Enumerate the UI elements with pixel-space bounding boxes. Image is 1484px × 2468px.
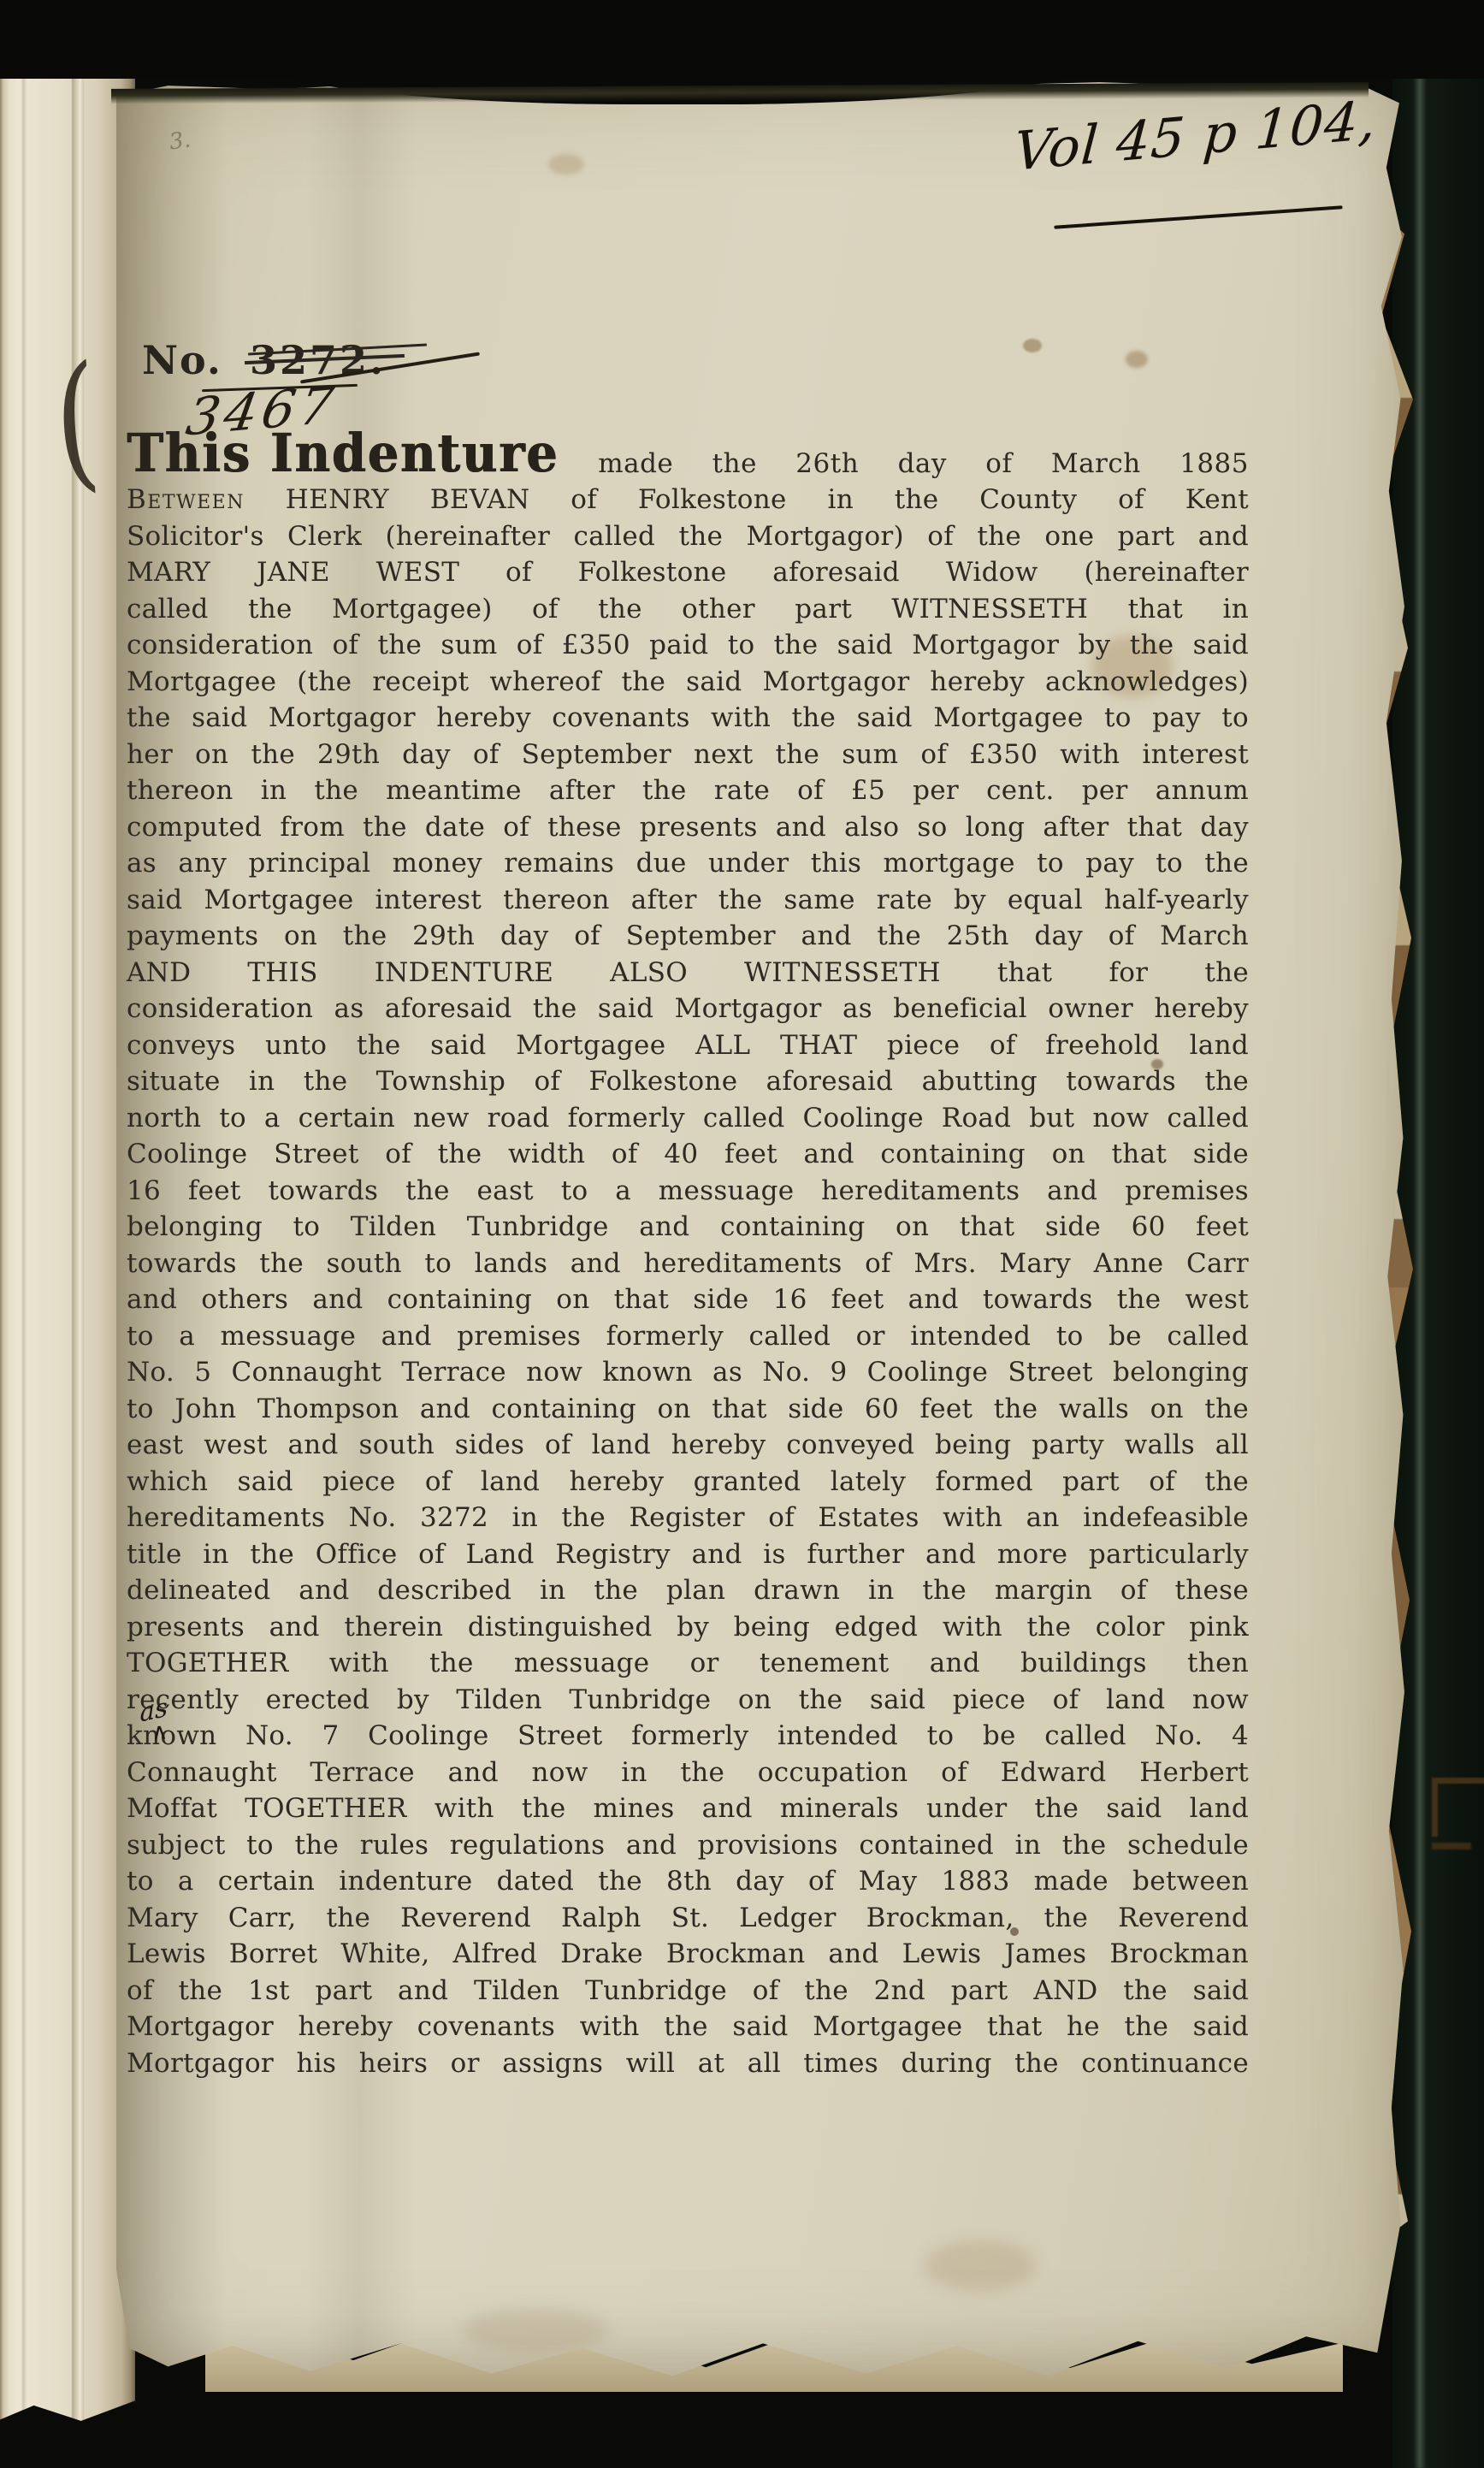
deed-text-line: situate in the Township of Folkestone af… [127, 1063, 1249, 1100]
deed-text-line: presents and therein distinguished by be… [127, 1609, 1249, 1646]
deed-text-line: Solicitor's Clerk (hereinafter called th… [127, 518, 1249, 555]
deed-text-line: consideration of the sum of £350 paid to… [127, 627, 1249, 664]
deed-text-line: towards the south to lands and hereditam… [127, 1246, 1249, 1282]
deed-text-line: computed from the date of these presents… [127, 809, 1249, 846]
deed-text-line: east west and south sides of land hereby… [127, 1427, 1249, 1464]
deed-text-line: Lewis Borret White, Alfred Drake Brockma… [127, 1936, 1249, 1973]
deed-number-label: No. [142, 337, 222, 383]
deed-text-line: thereon in the meantime after the rate o… [127, 772, 1249, 809]
handwritten-insertion: as ∧ [139, 1696, 168, 1725]
deed-text-line: which said piece of land hereby granted … [127, 1464, 1249, 1500]
cover-emboss-detail [1432, 1843, 1471, 1850]
deed-number-struck: 3272. [250, 337, 386, 383]
paper-stain [548, 154, 584, 175]
deed-text-line: Connaught Terrace and now in the occupat… [127, 1755, 1249, 1791]
deed-text-line: hereditaments No. 3272 in the Register o… [127, 1500, 1249, 1536]
pencil-mark: 3. [168, 127, 192, 155]
book-photo: Vol 45 p 104, 3. ( No. 3272. 3467 This I… [0, 0, 1484, 2468]
deed-text-line: Mortgagee (the receipt whereof the said … [127, 664, 1249, 701]
deed-text-line: as any principal money remains due under… [127, 845, 1249, 882]
paper-stain [1023, 339, 1042, 352]
deed-text-line: conveys unto the said Mortgagee ALL THAT… [127, 1027, 1249, 1064]
deed-text-line: Mortgagor hereby covenants with the said… [127, 2009, 1249, 2045]
deed-text: This Indenture made the 26th day of Marc… [127, 427, 1249, 2081]
deed-text-line: recently erected by Tilden Tunbridge on … [127, 1682, 1249, 1719]
cover-emboss-detail [1432, 1778, 1484, 1837]
insertion-caret-icon: ∧ [151, 1719, 169, 1745]
deed-text-line: Mary Carr, the Reverend Ralph St. Ledger… [127, 1900, 1249, 1937]
cover-seam [1413, 0, 1427, 2468]
deed-text-line: to a messuage and premises formerly call… [127, 1318, 1249, 1355]
deed-body-lines: Between HENRY BEVAN of Folkestone in the… [127, 482, 1249, 2081]
deed-text-line: subject to the rules regulations and pro… [127, 1827, 1249, 1864]
paper-stain [463, 2308, 608, 2353]
deed-number-row: No. 3272. [142, 337, 386, 383]
paper-stain [925, 2240, 1036, 2291]
deed-text-line: to John Thompson and containing on that … [127, 1391, 1249, 1428]
deed-text-line: payments on the 29th day of September an… [127, 918, 1249, 955]
deed-text-line: No. 5 Connaught Terrace now known as No.… [127, 1354, 1249, 1391]
deed-text-line: Moffat TOGETHER with the mines and miner… [127, 1790, 1249, 1827]
deed-text-line: her on the 29th day of September next th… [127, 737, 1249, 773]
deed-text-line: north to a certain new road formerly cal… [127, 1100, 1249, 1137]
deed-text-line: MARY JANE WEST of Folkestone aforesaid W… [127, 554, 1249, 591]
deed-text-line: said Mortgagee interest thereon after th… [127, 882, 1249, 919]
deed-text-line: and others and containing on that side 1… [127, 1281, 1249, 1318]
deed-text-line: of the 1st part and Tilden Tunbridge of … [127, 1973, 1249, 2009]
deed-text-line: the said Mortgagor hereby covenants with… [127, 700, 1249, 737]
deed-text-line: called the Mortgagee) of the other part … [127, 591, 1249, 628]
page-edge-crease [22, 55, 31, 2424]
deed-text-line: known No. 7 Coolinge Street formerly int… [127, 1718, 1249, 1755]
deed-text-line: consideration as aforesaid the said Mort… [127, 991, 1249, 1027]
deed-text-line: AND THIS INDENTURE ALSO WITNESSETH that … [127, 955, 1249, 991]
deed-text-line: Between HENRY BEVAN of Folkestone in the… [127, 482, 1249, 518]
paper-stain [1126, 351, 1148, 368]
deed-text-line: to a certain indenture dated the 8th day… [127, 1863, 1249, 1900]
deed-text-line: TOGETHER with the messuage or tenement a… [127, 1645, 1249, 1682]
deed-text-line: Coolinge Street of the width of 40 feet … [127, 1136, 1249, 1173]
deed-text-line: belonging to Tilden Tunbridge and contai… [127, 1209, 1249, 1246]
deed-text-line: Mortgagor his heirs or assigns will at a… [127, 2045, 1249, 2082]
deed-text-line: 16 feet towards the east to a messuage h… [127, 1173, 1249, 1210]
deed-text-line: title in the Office of Land Registry and… [127, 1536, 1249, 1573]
deed-text-line: delineated and described in the plan dra… [127, 1572, 1249, 1609]
deed-opening-rest: made the 26th day of March 1885 [598, 448, 1249, 479]
book-cover [1392, 0, 1484, 2468]
